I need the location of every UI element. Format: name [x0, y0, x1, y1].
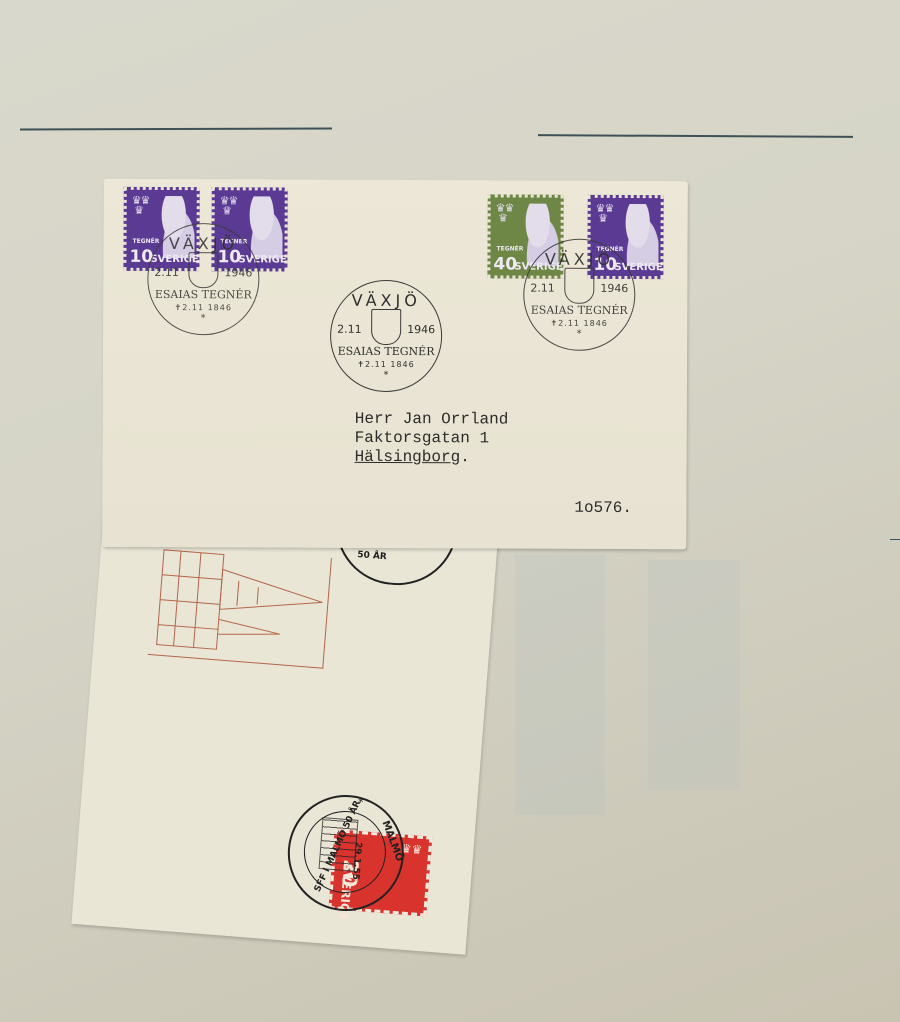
castle-icon: [318, 817, 358, 872]
ghost-mark: [648, 560, 740, 790]
recipient-address: Herr Jan Orrland Faktorsgatan 1 Hälsingb…: [355, 410, 509, 468]
vaxjo-coat-of-arms-icon: [371, 309, 401, 345]
album-rule-left: [20, 127, 332, 130]
vaxjo-postmark-center: VÄXJÖ 2.11 1946 ESAIAS TEGNÉR ✝2.11 1846…: [330, 280, 442, 392]
castle-drawing-icon: [148, 544, 331, 667]
crowns-icon: ♛♛ ♛: [596, 204, 614, 224]
vaxjo-coat-of-arms-icon: [188, 252, 218, 288]
album-rule-right: [538, 134, 853, 138]
ghost-mark: [515, 555, 605, 815]
address-line-name: Herr Jan Orrland: [355, 410, 509, 430]
reference-number: 1o576.: [574, 499, 632, 517]
crowns-icon: ♛♛ ♛: [496, 203, 514, 223]
vaxjo-postmark-right: VÄXJÖ 2.11 1946 ESAIAS TEGNÉR ✝2.11 1846…: [523, 239, 635, 351]
address-line-street: Faktorsgatan 1: [355, 429, 509, 449]
malmo-card: 50 ÅR 1.55 MÖ 20 SVERIGE ♛♛ SFF I MALMÖ …: [71, 510, 497, 955]
vaxjo-coat-of-arms-icon: [564, 268, 594, 304]
vaxjo-postmark-left: VÄXJÖ 2.11 1946 ESAIAS TEGNÉR ✝2.11 1846…: [147, 223, 259, 335]
address-line-city: Hälsingborg.: [355, 448, 509, 468]
album-rule-edge: [890, 539, 900, 540]
vaxjo-envelope: ♛♛ ♛ TEGNÉR 10 SVERIGE ♛♛ ♛ TEGNÉR 10 SV…: [102, 179, 688, 550]
crowns-icon: ♛♛ ♛: [220, 196, 238, 216]
crowns-icon: ♛♛ ♛: [132, 196, 150, 216]
card-cachet-drawing: [148, 544, 332, 668]
